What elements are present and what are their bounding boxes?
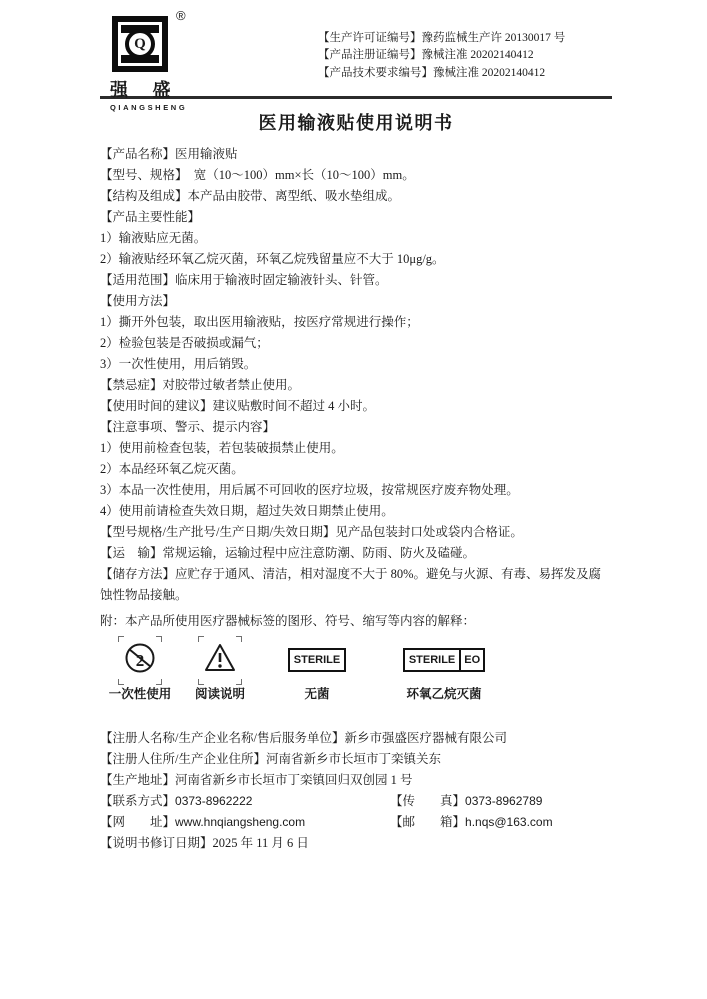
logo-monogram: Q (125, 29, 155, 59)
frame-corner (198, 679, 204, 685)
label-symbols-row: 2 一次性使用 (100, 638, 612, 708)
document-title: 医用输液贴使用说明书 (100, 109, 612, 135)
precautions-heading: 【注意事项、警示、提示内容】 (100, 417, 612, 438)
sterile-box: STERILE (288, 648, 346, 672)
batch-info-line: 【型号规格/生产批号/生产日期/失效日期】见产品包装封口处或袋内合格证。 (100, 522, 612, 543)
symbol-label: 一次性使用 (100, 684, 180, 702)
read-instructions-icon (180, 638, 260, 682)
single-use-icon: 2 (100, 638, 180, 682)
document-page: Q ® 强 盛 QIANGSHENG 【生产许可证编号】豫药监械生产许 2013… (0, 0, 707, 999)
website-label: 【网 址】 (100, 815, 175, 829)
email-label: 【邮 箱】 (390, 815, 465, 829)
page-content: Q ® 强 盛 QIANGSHENG 【生产许可证编号】豫药监械生产许 2013… (100, 0, 612, 854)
website-value: www.hnqiangsheng.com (175, 815, 305, 829)
symbol-sterile: STERILE 无菌 (272, 638, 362, 702)
frame-corner (156, 679, 162, 685)
registration-cert-line: 【产品注册证编号】豫械注准 20202140412 (318, 47, 565, 64)
registrant-address-line: 【注册人住所/生产企业住所】河南省新乡市长垣市丁栾镇关东 (100, 749, 612, 770)
fax-number: 0373-8962789 (465, 794, 542, 808)
precaution-3: 3）本品一次性使用，用后属不可回收的医疗垃圾，按常规医疗废弃物处理。 (100, 480, 612, 501)
usage-step-2: 2）检验包装是否破损或漏气； (100, 333, 612, 354)
manufacturer-info: 【注册人名称/生产企业名称/售后服务单位】新乡市强盛医疗器械有限公司 【注册人住… (100, 728, 612, 854)
scope-line: 【适用范围】临床用于输液时固定输液针头、针管。 (100, 270, 612, 291)
phone-number: 0373-8962222 (175, 794, 252, 808)
qiangsheng-logo-icon: Q (112, 16, 168, 72)
model-spec-line: 【型号、规格】 宽（10～100）mm×长（10～100）mm。 (100, 165, 612, 186)
symbol-label: 阅读说明 (180, 684, 260, 702)
symbol-single-use: 2 一次性使用 (100, 638, 180, 702)
revision-date-line: 【说明书修订日期】2025 年 11 月 6 日 (100, 833, 612, 854)
eo-text: EO (459, 650, 483, 670)
contraindication-line: 【禁忌症】对胶带过敏者禁止使用。 (100, 375, 612, 396)
precaution-2: 2）本品经环氧乙烷灭菌。 (100, 459, 612, 480)
revision-value: 2025 年 11 月 6 日 (213, 836, 309, 850)
web-email-row: 【网 址】www.hnqiangsheng.com 【邮 箱】h.nqs@163… (100, 812, 612, 833)
company-logo: Q ® 强 盛 QIANGSHENG (110, 16, 220, 112)
body-text: 【产品名称】医用输液贴 【型号、规格】 宽（10～100）mm×长（10～100… (100, 144, 612, 632)
fax-label: 【传 真】 (390, 794, 465, 808)
symbols-intro-line: 附：本产品所使用医疗器械标签的图形、符号、缩写等内容的解释： (100, 611, 612, 632)
revision-label: 【说明书修订日期】 (100, 836, 213, 850)
storage-line: 【储存方法】应贮存于通风、清洁，相对湿度不大于 80%。避免与火源、有毒、易挥发… (100, 564, 612, 606)
email-value: h.nqs@163.com (465, 815, 553, 829)
license-numbers: 【生产许可证编号】豫药监械生产许 20130017 号 【产品注册证编号】豫械注… (318, 30, 565, 82)
symbol-label: 环氧乙烷灭菌 (384, 684, 504, 702)
phone-label: 【联系方式】 (100, 794, 175, 808)
frame-corner (236, 636, 242, 642)
symbol-frame: 2 (118, 636, 162, 685)
email-group: 【邮 箱】h.nqs@163.com (390, 812, 553, 833)
usage-step-1: 1）撕开外包装，取出医用输液贴，按医疗常规进行操作； (100, 312, 612, 333)
symbol-sterile-eo: STERILE EO 环氧乙烷灭菌 (384, 638, 504, 702)
fax-group: 【传 真】0373-8962789 (390, 791, 542, 812)
usage-step-3: 3）一次性使用，用后销毁。 (100, 354, 612, 375)
header: Q ® 强 盛 QIANGSHENG 【生产许可证编号】豫药监械生产许 2013… (100, 0, 612, 96)
frame-corner (236, 679, 242, 685)
registered-trademark-icon: ® (176, 8, 186, 23)
sterile-eo-box: STERILE EO (403, 648, 485, 672)
symbol-label: 无菌 (272, 684, 362, 702)
performance-heading: 【产品主要性能】 (100, 207, 612, 228)
registrant-name-line: 【注册人名称/生产企业名称/售后服务单位】新乡市强盛医疗器械有限公司 (100, 728, 612, 749)
product-name-line: 【产品名称】医用输液贴 (100, 144, 612, 165)
frame-corner (198, 636, 204, 642)
production-license-line: 【生产许可证编号】豫药监械生产许 20130017 号 (318, 30, 565, 47)
structure-line: 【结构及组成】本产品由胶带、离型纸、吸水垫组成。 (100, 186, 612, 207)
frame-corner (156, 636, 162, 642)
symbol-frame (198, 636, 242, 685)
brand-name-cn: 强 盛 (110, 76, 220, 102)
transport-line: 【运 输】常规运输，运输过程中应注意防潮、防雨、防火及磕碰。 (100, 543, 612, 564)
sterile-eo-icon: STERILE EO (384, 638, 504, 682)
frame-corner (118, 679, 124, 685)
sterile-text: STERILE (405, 650, 459, 670)
sterile-text: STERILE (290, 650, 344, 670)
sterile-icon: STERILE (272, 638, 362, 682)
performance-item-2: 2）输液贴经环氧乙烷灭菌，环氧乙烷残留量应不大于 10μg/g。 (100, 249, 612, 270)
brand-name-en: QIANGSHENG (110, 103, 220, 112)
symbol-read-instructions: 阅读说明 (180, 638, 260, 702)
usage-heading: 【使用方法】 (100, 291, 612, 312)
duration-advice-line: 【使用时间的建议】建议贴敷时间不超过 4 小时。 (100, 396, 612, 417)
phone-fax-row: 【联系方式】0373-8962222 【传 真】0373-8962789 (100, 791, 612, 812)
frame-corner (118, 636, 124, 642)
precaution-1: 1）使用前检查包装，若包装破损禁止使用。 (100, 438, 612, 459)
precaution-4: 4）使用前请检查失效日期，超过失效日期禁止使用。 (100, 501, 612, 522)
performance-item-1: 1）输液贴应无菌。 (100, 228, 612, 249)
production-address-line: 【生产地址】河南省新乡市长垣市丁栾镇回归双创园 1 号 (100, 770, 612, 791)
technical-requirement-line: 【产品技术要求编号】豫械注准 20202140412 (318, 65, 565, 82)
